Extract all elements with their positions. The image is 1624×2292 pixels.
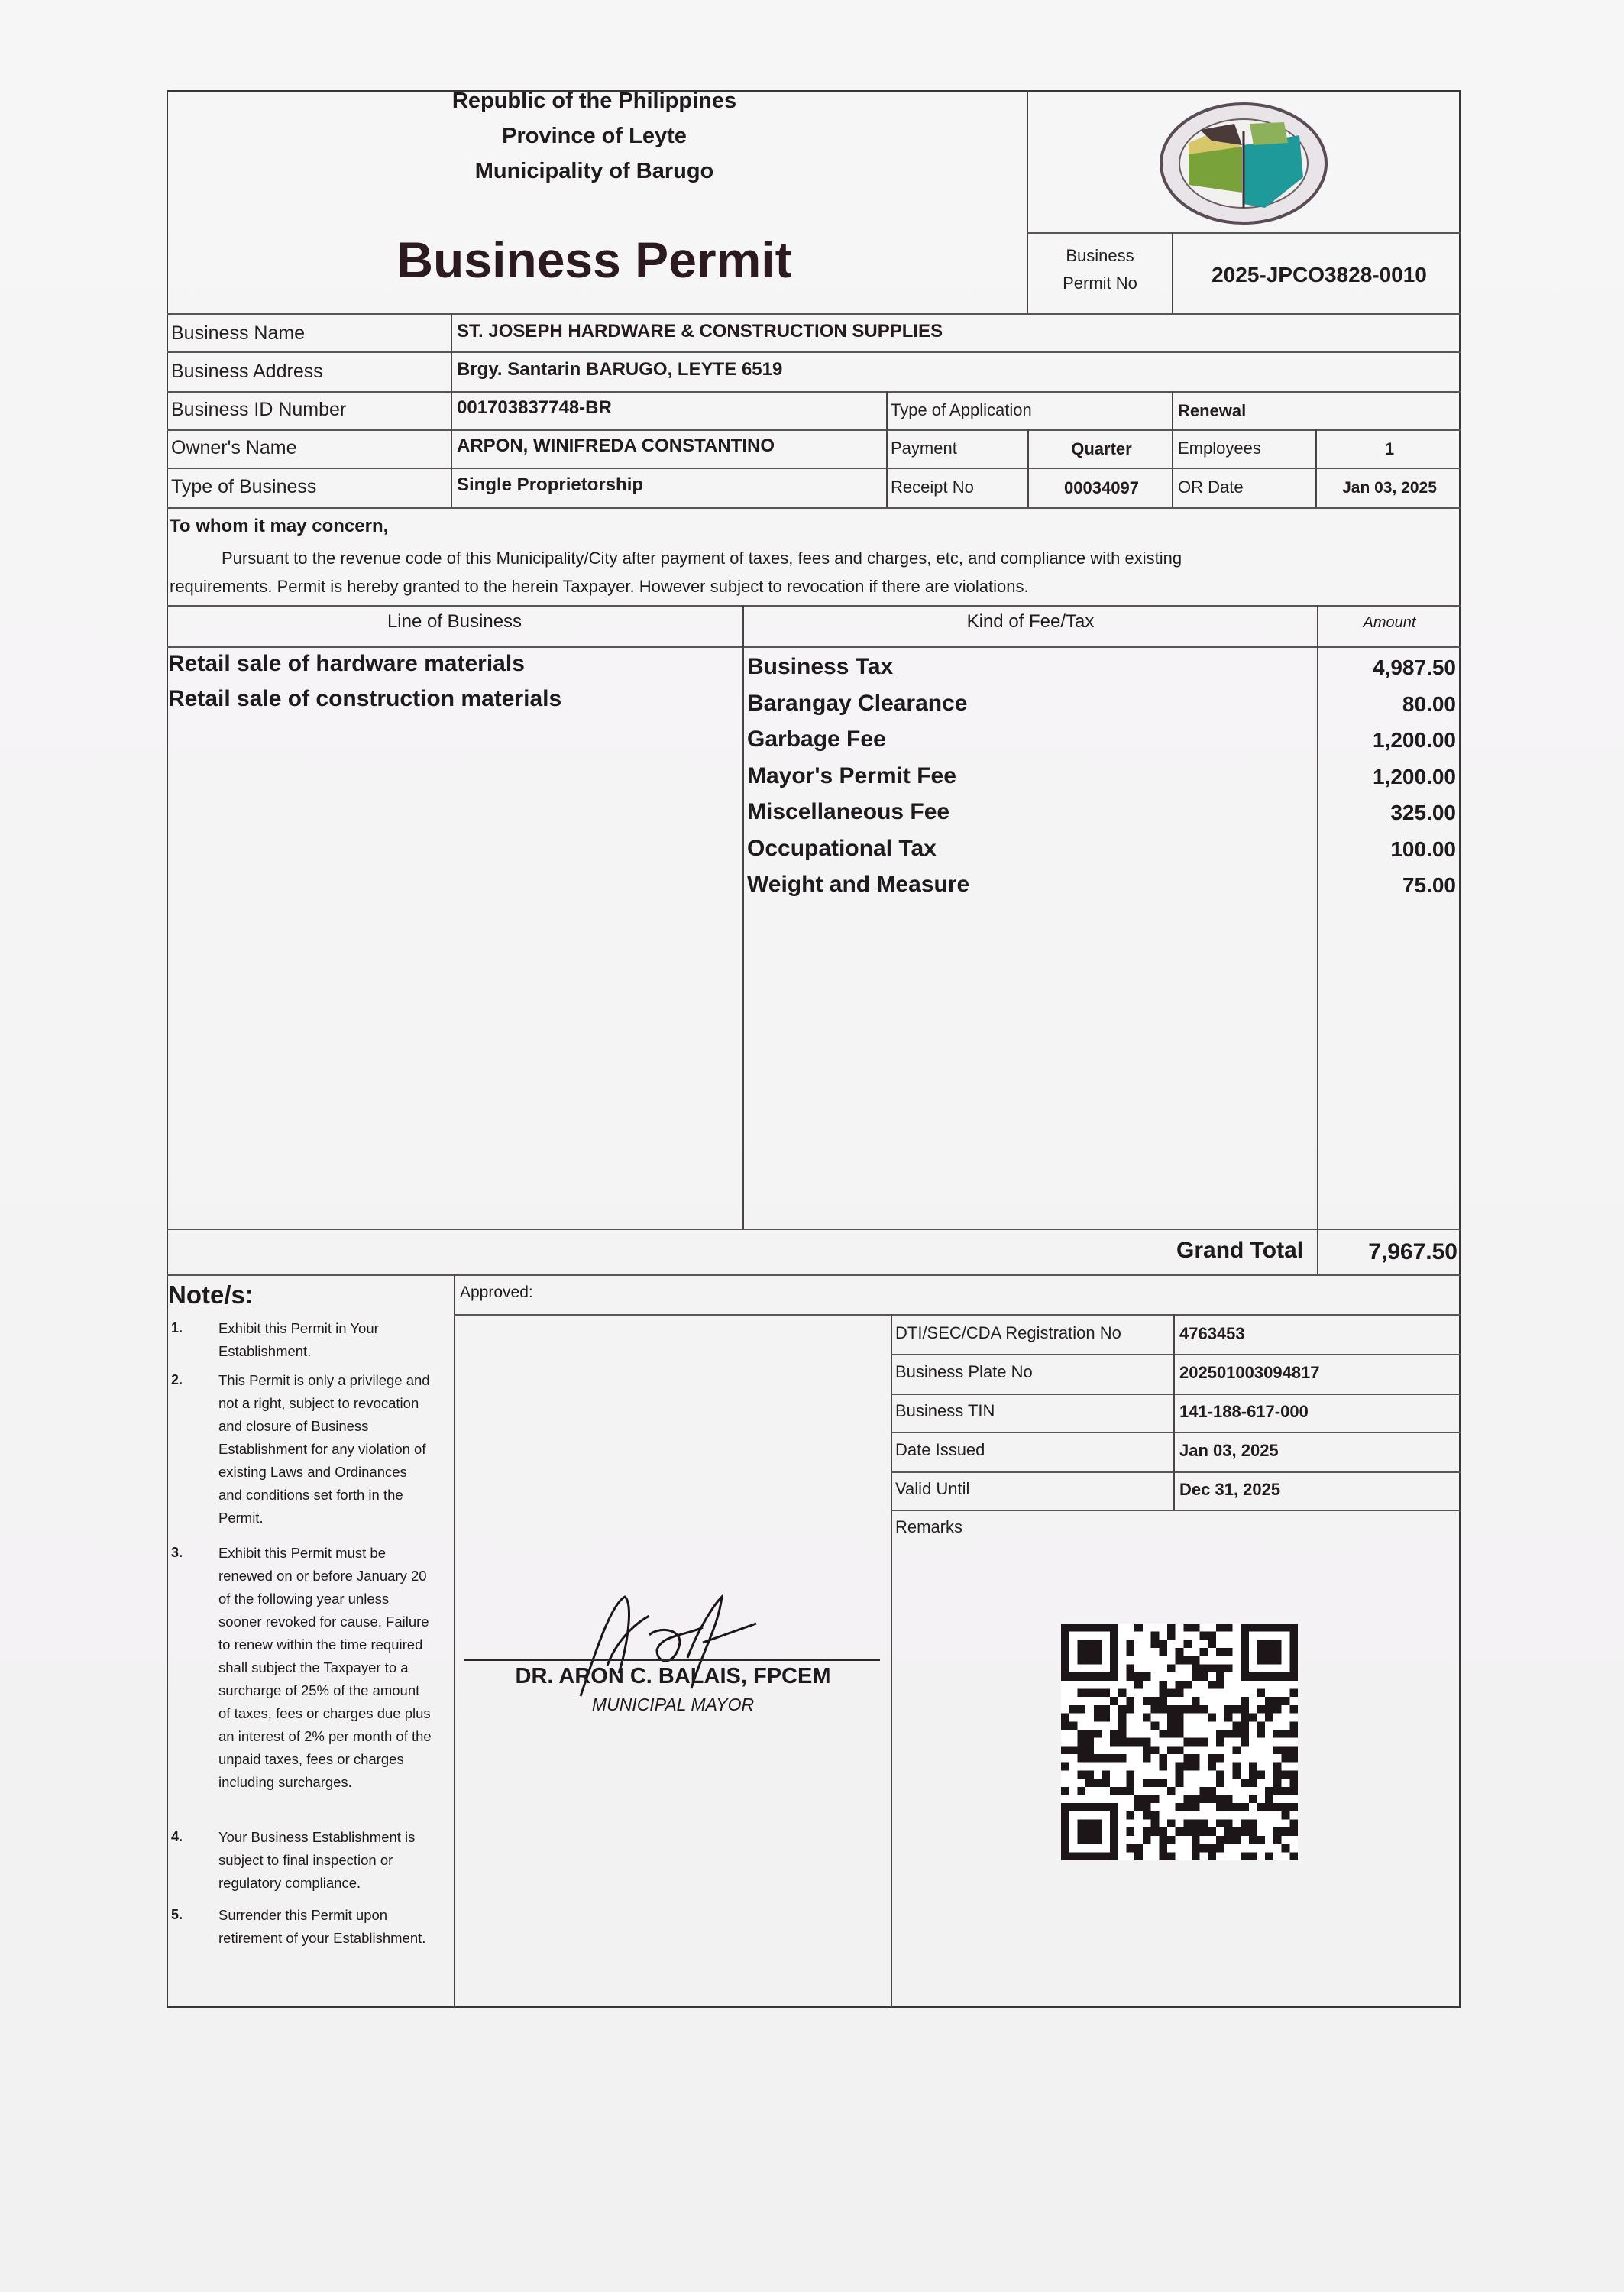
note-text: Surrender this Permit upon retirement of…	[218, 1904, 432, 1950]
signatory-name: DR. ARON C. BALAIS, FPCEM	[455, 1664, 891, 1689]
remarks-label: Remarks	[895, 1517, 962, 1537]
plate-value: 202501003094817	[1179, 1363, 1320, 1383]
type-of-application-value: Renewal	[1178, 401, 1246, 421]
permit-page: Republic of the Philippines Province of …	[0, 0, 1624, 2292]
type-of-business-value: Single Proprietorship	[457, 474, 643, 496]
note-text: Exhibit this Permit must be renewed on o…	[218, 1542, 432, 1794]
note-text: Exhibit this Permit in Your Establishmen…	[218, 1317, 432, 1363]
fee-name: Miscellaneous Fee	[747, 799, 949, 825]
permit-no-label-1: Business	[1054, 246, 1146, 266]
or-date-label: OR Date	[1178, 477, 1244, 497]
signatory-position: MUNICIPAL MAYOR	[455, 1695, 891, 1715]
receipt-no-label: Receipt No	[891, 477, 974, 497]
col-line-of-business: Line of Business	[167, 611, 742, 633]
fee-amount: 325.00	[1326, 801, 1456, 825]
approved-label: Approved:	[460, 1284, 533, 1302]
fee-amount: 1,200.00	[1326, 765, 1456, 789]
or-date-value: Jan 03, 2025	[1318, 479, 1461, 497]
owner-label: Owner's Name	[171, 437, 297, 459]
republic-line: Republic of the Philippines	[167, 89, 1022, 114]
intro-line-1: Pursuant to the revenue code of this Mun…	[222, 549, 1182, 568]
col-amount: Amount	[1318, 614, 1461, 632]
page-title: Business Permit	[167, 231, 1022, 289]
note-number: 5.	[171, 1907, 183, 1923]
tin-value: 141-188-617-000	[1179, 1402, 1309, 1422]
dti-value: 4763453	[1179, 1324, 1245, 1344]
payment-value: Quarter	[1031, 439, 1172, 459]
fee-name: Occupational Tax	[747, 836, 937, 862]
valid-until-value: Dec 31, 2025	[1179, 1480, 1280, 1500]
note-number: 2.	[171, 1372, 183, 1388]
line-of-business-item: Retail sale of hardware materials	[168, 651, 525, 677]
business-id-value: 001703837748-BR	[457, 397, 612, 419]
fee-amount: 75.00	[1326, 873, 1456, 898]
fee-amount: 4,987.50	[1326, 656, 1456, 680]
note-number: 3.	[171, 1545, 183, 1561]
type-of-business-label: Type of Business	[171, 476, 316, 498]
note-text: Your Business Establishment is subject t…	[218, 1826, 432, 1895]
fee-name: Business Tax	[747, 654, 893, 680]
municipality-line: Municipality of Barugo	[167, 159, 1022, 184]
type-of-application-label: Type of Application	[891, 400, 1032, 420]
salutation: To whom it may concern,	[170, 516, 388, 537]
employees-label: Employees	[1178, 439, 1261, 458]
valid-until-label: Valid Until	[895, 1479, 969, 1499]
notes-title: Note/s:	[168, 1280, 254, 1309]
grand-total-label: Grand Total	[1176, 1238, 1303, 1264]
municipal-seal-icon	[1158, 101, 1329, 227]
owner-value: ARPON, WINIFREDA CONSTANTINO	[457, 435, 775, 457]
signature-icon	[535, 1581, 810, 1711]
note-number: 1.	[171, 1320, 183, 1336]
note-number: 4.	[171, 1829, 183, 1845]
business-id-label: Business ID Number	[171, 399, 346, 421]
note-text: This Permit is only a privilege and not …	[218, 1369, 432, 1530]
fee-name: Barangay Clearance	[747, 691, 968, 717]
business-name-label: Business Name	[171, 322, 305, 345]
date-issued-label: Date Issued	[895, 1440, 985, 1460]
qr-code-icon[interactable]	[1061, 1623, 1298, 1860]
fee-amount: 1,200.00	[1326, 728, 1456, 753]
fee-name: Mayor's Permit Fee	[747, 763, 956, 789]
business-address-value: Brgy. Santarin BARUGO, LEYTE 6519	[457, 359, 782, 380]
fee-amount: 80.00	[1326, 692, 1456, 717]
col-kind-of-fee: Kind of Fee/Tax	[744, 611, 1317, 633]
fee-amount: 100.00	[1326, 837, 1456, 862]
permit-number: 2025-JPCO3828-0010	[1178, 263, 1461, 287]
fee-name: Garbage Fee	[747, 727, 886, 753]
business-name-value: ST. JOSEPH HARDWARE & CONSTRUCTION SUPPL…	[457, 321, 943, 342]
business-address-label: Business Address	[171, 361, 323, 383]
payment-label: Payment	[891, 439, 957, 458]
province-line: Province of Leyte	[167, 124, 1022, 149]
intro-line-2: requirements. Permit is hereby granted t…	[170, 577, 1029, 597]
receipt-no-value: 00034097	[1031, 478, 1172, 498]
employees-value: 1	[1318, 439, 1461, 459]
line-of-business-item: Retail sale of construction materials	[168, 686, 561, 712]
fee-name: Weight and Measure	[747, 872, 969, 898]
grand-total-value: 7,967.50	[1318, 1239, 1457, 1265]
tin-label: Business TIN	[895, 1401, 995, 1421]
date-issued-value: Jan 03, 2025	[1179, 1441, 1279, 1461]
dti-label: DTI/SEC/CDA Registration No	[895, 1323, 1121, 1343]
permit-no-label-2: Permit No	[1054, 274, 1146, 293]
plate-label: Business Plate No	[895, 1362, 1033, 1382]
